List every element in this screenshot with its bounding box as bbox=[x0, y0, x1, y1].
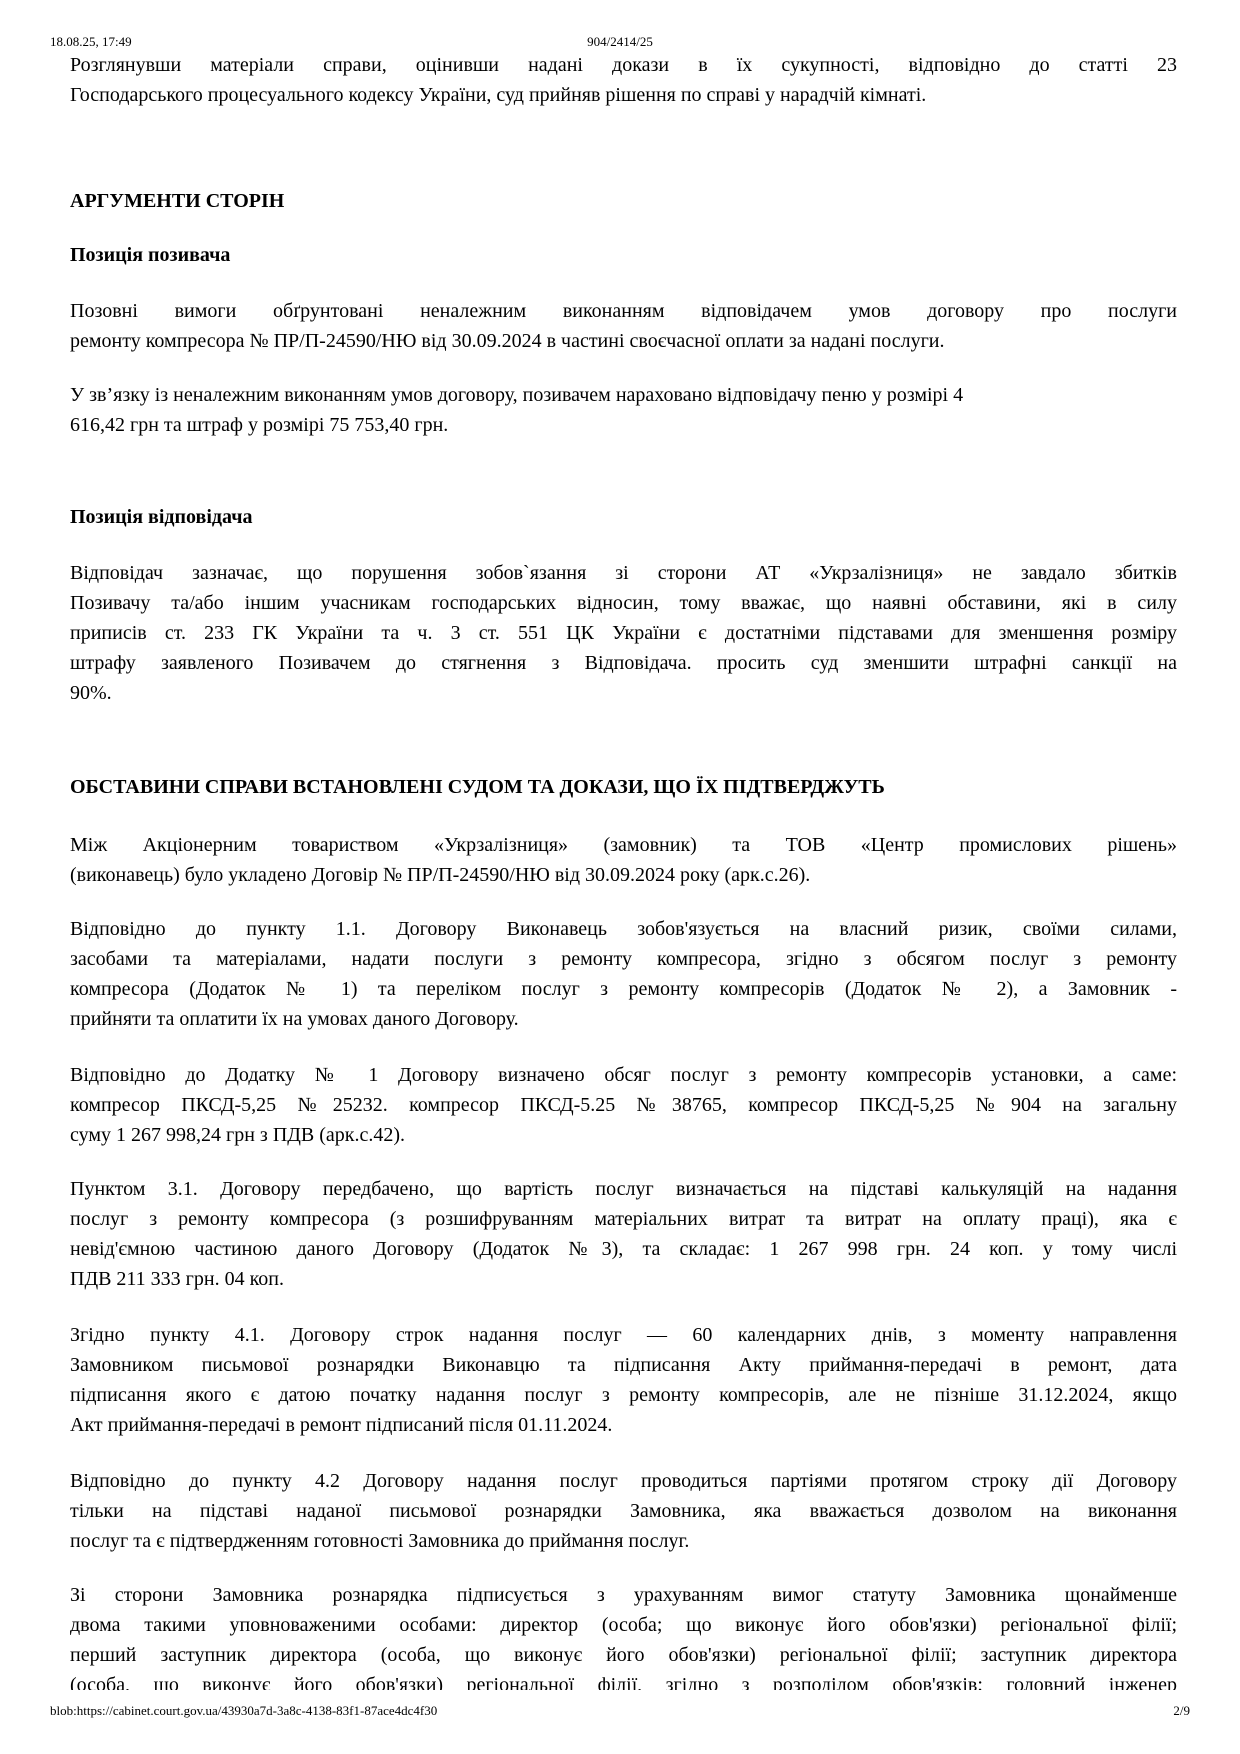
text-line: Розглянувши матеріали справи, оцінивши н… bbox=[70, 50, 1177, 80]
text-line: штрафу заявленого Позивачем до стягнення… bbox=[70, 648, 1177, 678]
text-line: 90%. bbox=[70, 678, 1177, 708]
text-line: двома такими уповноваженими особами: дир… bbox=[70, 1610, 1177, 1640]
circumstances-paragraph-2: Відповідно до пункту 1.1. Договору Викон… bbox=[70, 914, 1177, 1034]
text-line: (особа, що виконує його обов'язки) регіо… bbox=[70, 1670, 1177, 1690]
text-line: (виконавець) було укладено Договір № ПР/… bbox=[70, 860, 1177, 890]
circumstances-paragraph-6: Відповідно до пункту 4.2 Договору наданн… bbox=[70, 1466, 1177, 1556]
text-line: ПДВ 211 333 грн. 04 коп. bbox=[70, 1264, 1177, 1294]
text-line: Відповідно до Додатку № 1 Договору визна… bbox=[70, 1060, 1177, 1090]
text-line: перший заступник директора (особа, що ви… bbox=[70, 1640, 1177, 1670]
text-line: послуг з ремонту компресора (з розшифрув… bbox=[70, 1204, 1177, 1234]
circumstances-paragraph-5: Згідно пункту 4.1. Договору строк наданн… bbox=[70, 1320, 1177, 1440]
circumstances-paragraph-1: Між Акціонерним товариством «Укрзалізниц… bbox=[70, 830, 1177, 890]
text-line: Позивачу та/або іншим учасникам господар… bbox=[70, 588, 1177, 618]
text-line: Зі сторони Замовника рознарядка підписує… bbox=[70, 1580, 1177, 1610]
text-line: Згідно пункту 4.1. Договору строк наданн… bbox=[70, 1320, 1177, 1350]
text-line: Відповідач зазначає, що порушення зобов`… bbox=[70, 558, 1177, 588]
text-line: Пунктом 3.1. Договору передбачено, що ва… bbox=[70, 1174, 1177, 1204]
case-number-header: 904/2414/25 bbox=[0, 34, 1240, 50]
text-line: компресора (Додаток № 1) та переліком по… bbox=[70, 974, 1177, 1004]
text-line: Позовні вимоги обґрунтовані неналежним в… bbox=[70, 296, 1177, 326]
circumstances-paragraph-4: Пунктом 3.1. Договору передбачено, що ва… bbox=[70, 1174, 1177, 1294]
text-line: У зв’язку із неналежним виконанням умов … bbox=[70, 380, 1177, 410]
section-heading-circumstances: ОБСТАВИНИ СПРАВИ ВСТАНОВЛЕНІ СУДОМ ТА ДО… bbox=[70, 772, 1177, 802]
text-line: приписів ст. 233 ГК України та ч. 3 ст. … bbox=[70, 618, 1177, 648]
plaintiff-paragraph-1: Позовні вимоги обґрунтовані неналежним в… bbox=[70, 296, 1177, 356]
intro-paragraph: Розглянувши матеріали справи, оцінивши н… bbox=[70, 50, 1177, 110]
subheading-defendant-position: Позиція відповідача bbox=[70, 502, 1177, 532]
text-line: Відповідно до пункту 4.2 Договору наданн… bbox=[70, 1466, 1177, 1496]
text-line: прийняти та оплатити їх на умовах даного… bbox=[70, 1004, 1177, 1034]
document-body: Розглянувши матеріали справи, оцінивши н… bbox=[70, 50, 1177, 1690]
text-line: 616,42 грн та штраф у розмірі 75 753,40 … bbox=[70, 410, 1177, 440]
text-line: суму 1 267 998,24 грн з ПДВ (арк.с.42). bbox=[70, 1120, 1177, 1150]
circumstances-paragraph-3: Відповідно до Додатку № 1 Договору визна… bbox=[70, 1060, 1177, 1150]
text-line: Між Акціонерним товариством «Укрзалізниц… bbox=[70, 830, 1177, 860]
text-line: ремонту компресора № ПР/П-24590/НЮ від 3… bbox=[70, 326, 1177, 356]
page-indicator: 2/9 bbox=[1173, 1703, 1190, 1719]
defendant-paragraph: Відповідач зазначає, що порушення зобов`… bbox=[70, 558, 1177, 708]
section-heading-arguments: АРГУМЕНТИ СТОРІН bbox=[70, 186, 1177, 216]
text-line: засобами та матеріалами, надати послуги … bbox=[70, 944, 1177, 974]
text-line: підписання якого є датою початку надання… bbox=[70, 1380, 1177, 1410]
circumstances-paragraph-7: Зі сторони Замовника рознарядка підписує… bbox=[70, 1580, 1177, 1690]
text-line: невід'ємною частиною даного Договору (До… bbox=[70, 1234, 1177, 1264]
text-line: Господарського процесуального кодексу Ук… bbox=[70, 80, 1177, 110]
text-line: Акт приймання-передачі в ремонт підписан… bbox=[70, 1410, 1177, 1440]
text-line: тільки на підставі наданої письмової роз… bbox=[70, 1496, 1177, 1526]
text-line: компресор ПКСД-5,25 №25232. компресор ПК… bbox=[70, 1090, 1177, 1120]
text-line: Відповідно до пункту 1.1. Договору Викон… bbox=[70, 914, 1177, 944]
text-line: Замовником письмової рознарядки Виконавц… bbox=[70, 1350, 1177, 1380]
subheading-plaintiff-position: Позиція позивача bbox=[70, 240, 1177, 270]
text-line: послуг та є підтвердженням готовності За… bbox=[70, 1526, 1177, 1556]
plaintiff-paragraph-2: У зв’язку із неналежним виконанням умов … bbox=[70, 380, 1177, 440]
source-url-footer: blob:https://cabinet.court.gov.ua/43930a… bbox=[50, 1703, 437, 1719]
